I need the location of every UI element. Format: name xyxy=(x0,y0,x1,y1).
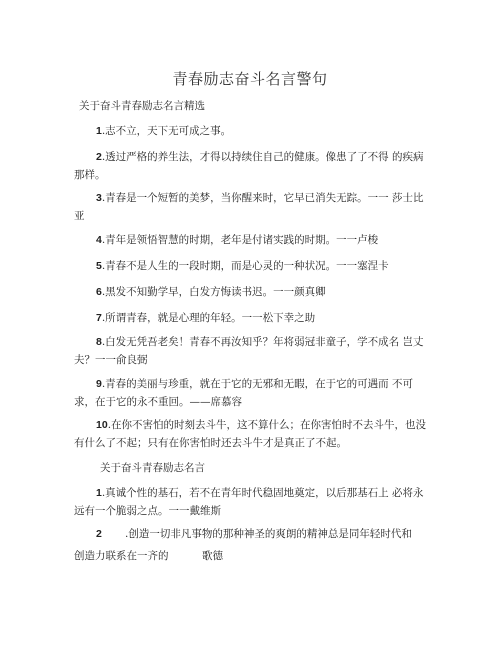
quote-item: 5.青春不是人生的一段时期，而是心灵的一种状况。一一塞涅卡 xyxy=(96,259,389,273)
quote-item: 3.青春是一个短暂的美梦，当你醒来时，它早已消失无踪。一一 莎士比 xyxy=(96,191,424,205)
quote-item: 2.透过严格的养生法，才得以持续住自己的健康。像患了了不得 的疾病 xyxy=(96,150,424,164)
quote-author: 歌德 xyxy=(202,549,223,563)
quote-item: 4.青年是领悟智慧的时期，老年是付诸实践的时期。一一卢梭 xyxy=(96,233,378,247)
quote-continuation: 亚 xyxy=(74,209,85,223)
quote-item: 1.真诚个性的基石，若不在青年时代稳固地奠定，以后那基石上 必将永 xyxy=(96,486,424,500)
quote-continuation: 求，在于它的永不重回。——席慕容 xyxy=(74,395,242,409)
quote-continuation: 远有一个脆弱之点。一一戴维斯 xyxy=(74,504,221,518)
section-heading: 关于奋斗青春励志名言精选 xyxy=(79,99,205,113)
document-title: 青春励志奋斗名言警句 xyxy=(0,68,500,89)
quote-item: 6.黑发不知勤学早，白发方悔读书迟。一一颜真卿 xyxy=(96,285,326,299)
document-page: 青春励志奋斗名言警句 关于奋斗青春励志名言精选 1.志不立，天下无可成之事。 2… xyxy=(0,0,500,647)
quote-continuation: 那样。 xyxy=(74,168,106,182)
quote-continuation: 夫？一一俞良弼 xyxy=(74,353,148,367)
quote-item: 7.所谓青春，就是心理的年轻。一一松下幸之助 xyxy=(96,311,315,325)
quote-continuation: 创造力联系在一齐的 xyxy=(74,549,169,563)
quote-continuation: 有什么了不起；只有在你害怕时还去斗牛才是真正了不起。 xyxy=(74,436,347,450)
quote-item: 10.在你不害怕的时刻去斗牛，这不算什么；在你害怕时不去斗牛，也没 xyxy=(96,418,426,432)
quote-item: 2 xyxy=(96,527,102,541)
quote-item: 1.志不立，天下无可成之事。 xyxy=(96,124,231,138)
quote-text: .创造一切非凡事物的那种神圣的爽朗的精神总是同年轻时代和 xyxy=(125,527,412,541)
section-heading: 关于奋斗青春励志名言 xyxy=(100,461,205,475)
quote-item: 8.白发无凭吾老矣！青春不再汝知乎？年将弱冠非童子，学不成名 岂丈 xyxy=(96,335,424,349)
quote-item: 9.青春的美丽与珍重，就在于它的无邪和无暇，在于它的可遇而 不可 xyxy=(96,377,413,391)
